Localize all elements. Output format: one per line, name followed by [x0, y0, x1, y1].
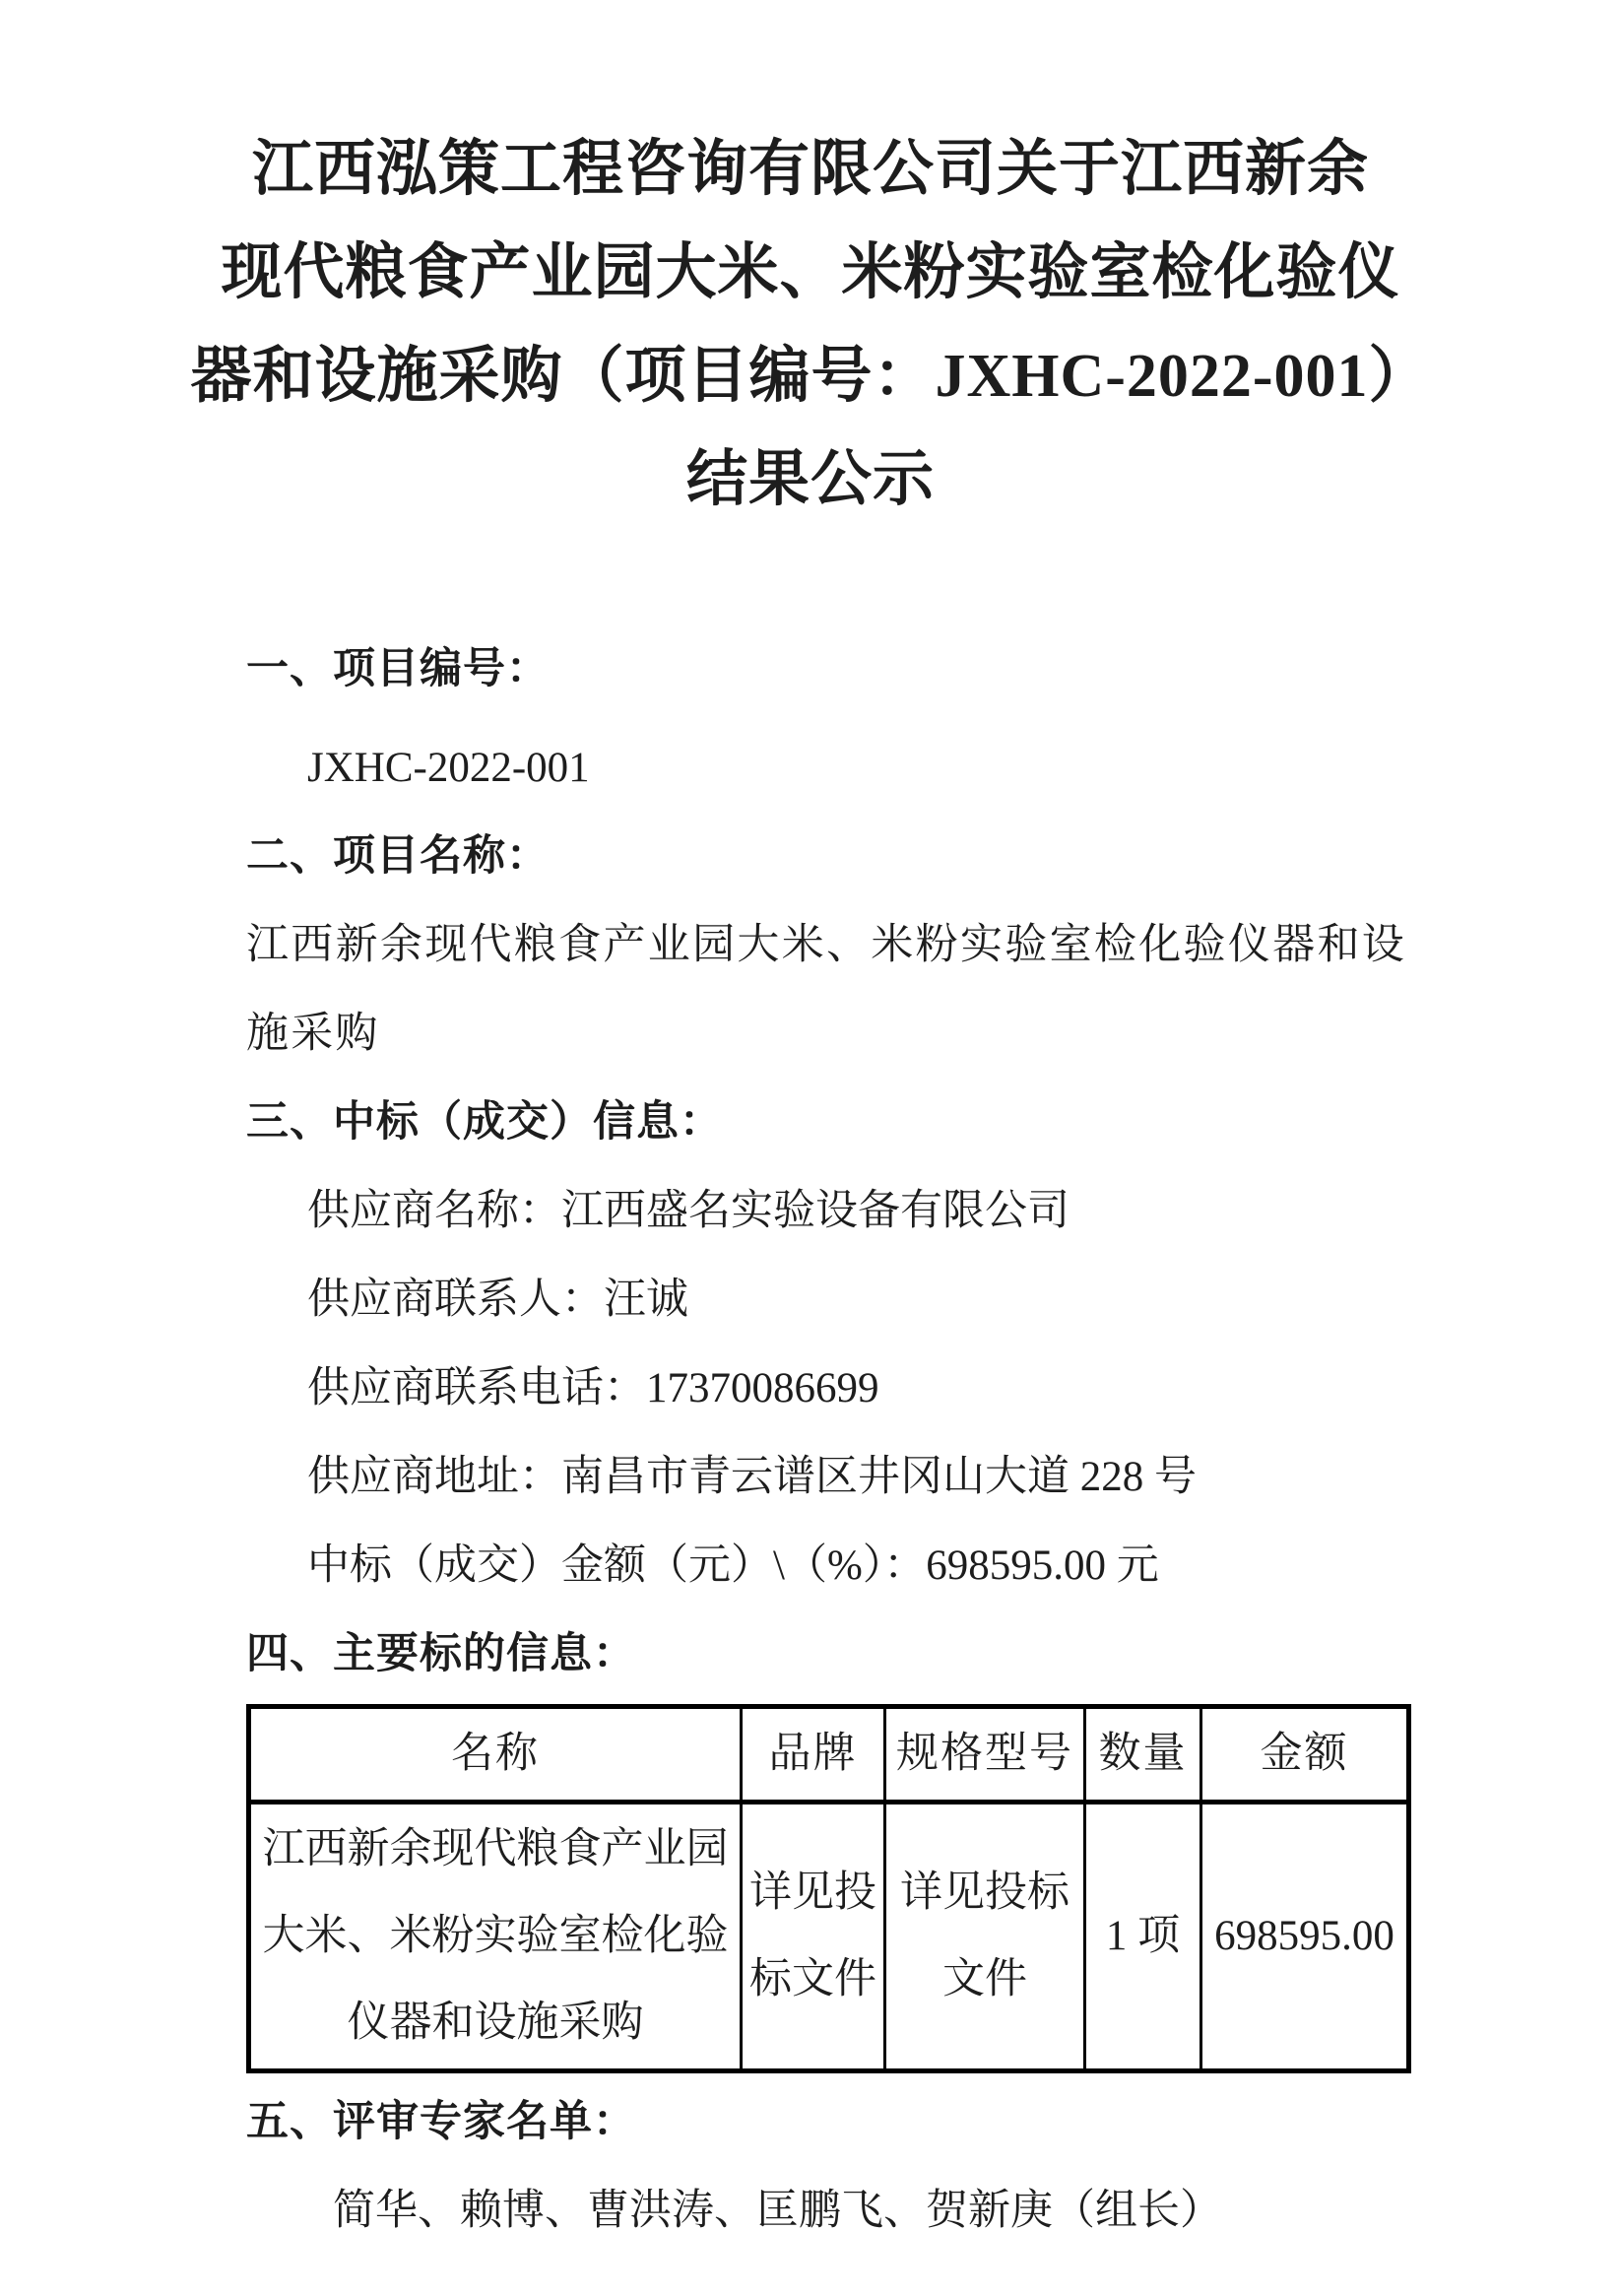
table-cell-spec: 详见投标文件 — [885, 1803, 1085, 2071]
table-header-quantity: 数量 — [1085, 1707, 1201, 1803]
award-supplier-address-line: 供应商地址：南昌市青云谱区井冈山大道 228 号 — [246, 1433, 1406, 1522]
section-heading-project-name: 二、项目名称： — [246, 813, 1406, 901]
project-number-value: JXHC-2022-001 — [246, 724, 1406, 813]
table-header-amount: 金额 — [1201, 1707, 1409, 1803]
table-header-name: 名称 — [249, 1707, 742, 1803]
award-supplier-contact-line: 供应商联系人：汪诚 — [246, 1256, 1406, 1345]
section-heading-experts: 五、评审专家名单： — [246, 2078, 1406, 2167]
section-heading-bid-details: 四、主要标的信息： — [246, 1610, 1406, 1699]
award-amount-line: 中标（成交）金额（元）\（%）：698595.00 元 — [246, 1522, 1406, 1610]
document-body: 一、项目编号： JXHC-2022-001 二、项目名称： 江西新余现代粮食产业… — [246, 625, 1406, 2256]
award-supplier-phone-line: 供应商联系电话：17370086699 — [246, 1345, 1406, 1433]
table-cell-brand: 详见投标文件 — [742, 1803, 885, 2071]
table-row: 江西新余现代粮食产业园大米、米粉实验室检化验仪器和设施采购 详见投标文件 详见投… — [249, 1803, 1409, 2071]
section-heading-award-info: 三、中标（成交）信息： — [246, 1079, 1406, 1167]
announcement-document: { "doc": { "title": "江西泓策工程咨询有限公司关于江西新余\… — [0, 0, 1621, 2296]
table-header-spec: 规格型号 — [885, 1707, 1085, 1803]
table-cell-amount: 698595.00 — [1201, 1803, 1409, 2071]
table-cell-name: 江西新余现代粮食产业园大米、米粉实验室检化验仪器和设施采购 — [249, 1803, 742, 2071]
table-header-brand: 品牌 — [742, 1707, 885, 1803]
award-supplier-name-line: 供应商名称：江西盛名实验设备有限公司 — [246, 1167, 1406, 1256]
page-title: 江西泓策工程咨询有限公司关于江西新余 现代粮食产业园大米、米粉实验室检化验仪 器… — [59, 118, 1562, 532]
bid-details-table: 名称 品牌 规格型号 数量 金额 江西新余现代粮食产业园大米、米粉实验室检化验仪… — [246, 1704, 1411, 2073]
experts-names: 简华、赖博、曹洪涛、匡鹏飞、贺新庚（组长） — [246, 2167, 1406, 2256]
table-header-row: 名称 品牌 规格型号 数量 金额 — [249, 1707, 1409, 1803]
table-cell-quantity: 1 项 — [1085, 1803, 1201, 2071]
project-name-value: 江西新余现代粮食产业园大米、米粉实验室检化验仪器和设施采购 — [246, 901, 1406, 1079]
section-heading-project-number: 一、项目编号： — [246, 625, 1406, 714]
